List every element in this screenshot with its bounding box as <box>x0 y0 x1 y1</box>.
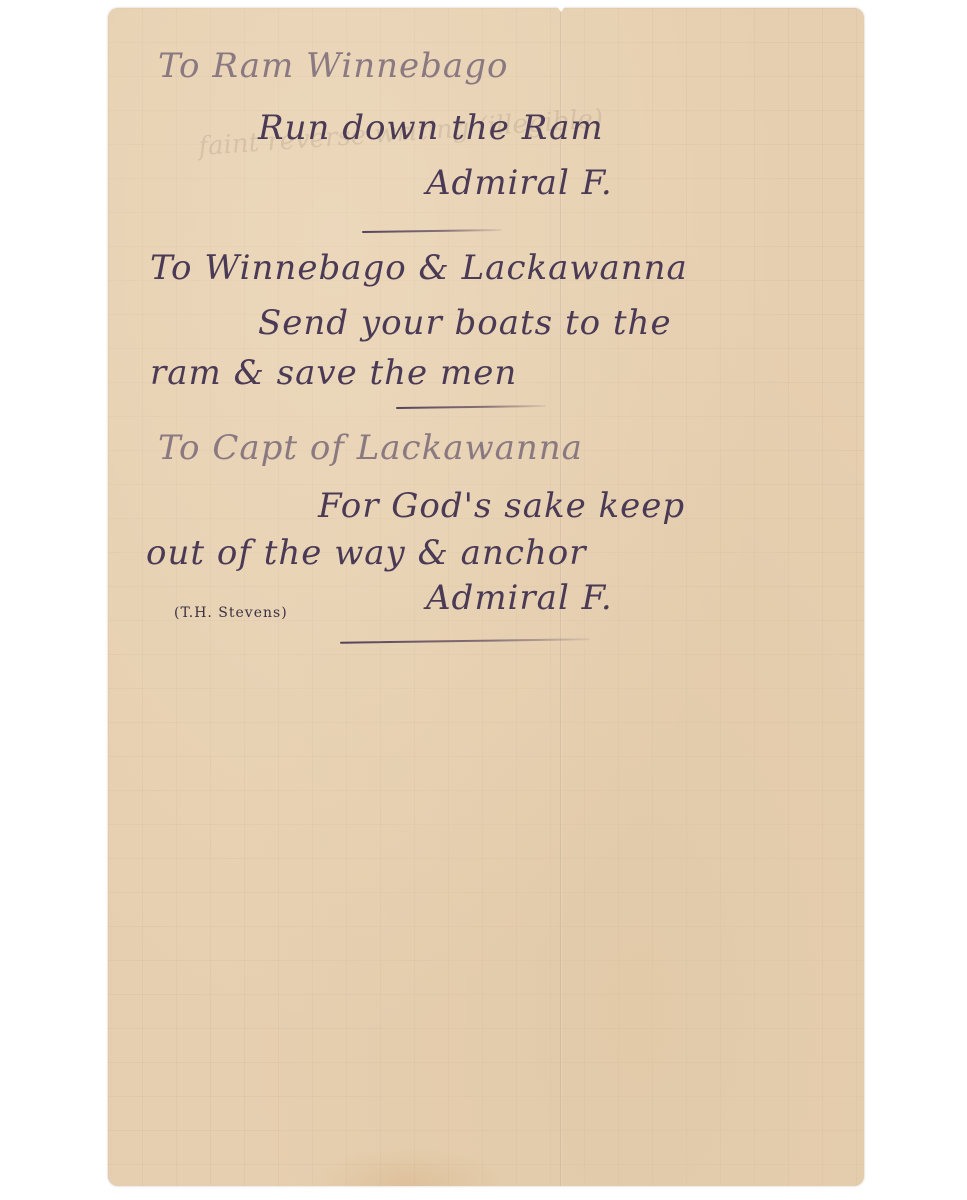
message-2-body-line-2: ram & save the men <box>150 353 517 393</box>
message-3-body-line-2: out of the way & anchor <box>146 533 586 573</box>
message-1-signature: Admiral F. <box>426 163 613 203</box>
paper-stain <box>308 1146 508 1186</box>
message-2-recipient: To Winnebago & Lackawanna <box>150 248 688 288</box>
separator-rule-3 <box>340 638 590 643</box>
message-1-body-line-1: Run down the Ram <box>258 108 604 148</box>
stevens-annotation: (T.H. Stevens) <box>174 605 288 621</box>
fold-notch <box>554 2 568 12</box>
message-1-recipient: To Ram Winnebago <box>158 46 508 86</box>
message-3-recipient: To Capt of Lackawanna <box>158 428 583 468</box>
message-2-body-line-1: Send your boats to the <box>258 303 672 343</box>
message-3-body-line-1: For God's sake keep <box>318 486 685 526</box>
separator-rule-1 <box>362 229 502 233</box>
separator-rule-2 <box>396 405 546 409</box>
manuscript-sheet: faint reverse writing (illegible) To Ram… <box>108 8 864 1186</box>
message-3-signature: Admiral F. <box>426 578 613 618</box>
